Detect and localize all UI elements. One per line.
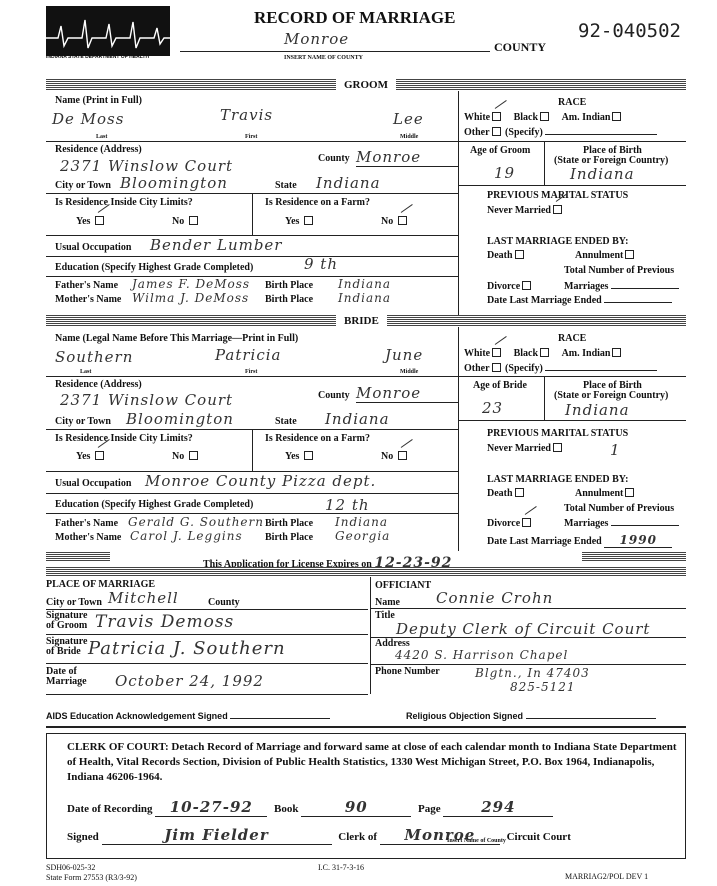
bride-last-marriage-label: LAST MARRIAGE ENDED BY:	[487, 474, 628, 485]
bride-pob[interactable]: Indiana	[565, 401, 630, 419]
first-label: First	[245, 134, 257, 140]
bride-education-label: Education (Specify Highest Grade Complet…	[55, 499, 253, 510]
checkbox-checked[interactable]	[95, 216, 104, 225]
groom-marriages-field[interactable]	[611, 288, 679, 289]
groom-mother-birth[interactable]: Indiana	[338, 291, 391, 305]
officiant-title[interactable]: Deputy Clerk of Circuit Court	[396, 620, 650, 638]
bride-mother-birth[interactable]: Georgia	[335, 529, 390, 543]
groom-occupation-label: Usual Occupation	[55, 242, 131, 253]
checkbox[interactable]	[612, 348, 621, 357]
bride-marriages: Marriages	[564, 518, 679, 529]
groom-farm-yes[interactable]: Yes	[285, 216, 315, 227]
clerk-county-hint: Insert Name of County	[447, 838, 506, 844]
book-field[interactable]: 90	[301, 798, 411, 817]
bride-prev-status-label: PREVIOUS MARITAL STATUS	[487, 428, 628, 439]
clerk-instructions: CLERK OF COURT: Detach Record of Marriag…	[67, 740, 677, 785]
groom-city-label: City or Town	[55, 180, 111, 191]
bride-county-label: County	[318, 390, 350, 401]
groom-farm-no[interactable]: No	[381, 216, 409, 227]
county-field[interactable]: Monroe	[180, 30, 490, 52]
bride-marriages-field[interactable]	[611, 525, 679, 526]
checkbox[interactable]	[304, 451, 313, 460]
bride-farm-question: Is Residence on a Farm?	[265, 433, 370, 444]
groom-last-name[interactable]: De Moss	[52, 110, 124, 128]
bride-mother-name[interactable]: Carol J. Leggins	[130, 529, 243, 543]
bride-signature[interactable]: Patricia J. Southern	[88, 638, 286, 659]
checkbox[interactable]	[189, 451, 198, 460]
bride-band: BRIDE	[46, 315, 686, 327]
bride-date-last-field[interactable]: 1990	[604, 533, 672, 548]
sig-groom-label: Signatureof Groom	[46, 611, 88, 631]
form-title: RECORD OF MARRIAGE	[254, 8, 455, 28]
bride-farm-no[interactable]: No	[381, 451, 409, 462]
license-band-left	[46, 552, 110, 562]
checkbox[interactable]	[515, 488, 524, 497]
clerk-signature[interactable]: Jim Fielder	[102, 826, 332, 845]
bride-mother-label: Mother's Name	[55, 532, 121, 543]
ic-code: I.C. 31-7-3-16	[318, 863, 364, 872]
groom-first-name[interactable]: Travis	[220, 106, 273, 124]
groom-date-last: Date Last Marriage Ended	[487, 295, 672, 306]
checkbox-checked[interactable]	[553, 205, 562, 214]
heartbeat-icon	[46, 6, 170, 56]
religious-objection: Religious Objection Signed	[406, 711, 656, 721]
bride-prev-count-mark: 1	[610, 441, 621, 459]
middle-label: Middle	[400, 369, 418, 375]
groom-address[interactable]: 2371 Winslow Court	[60, 157, 233, 175]
aids-ack: AIDS Education Acknowledgement Signed	[46, 711, 330, 721]
bride-last-name[interactable]: Southern	[55, 348, 133, 366]
groom-last-marriage-label: LAST MARRIAGE ENDED BY:	[487, 236, 628, 247]
groom-date-last-field[interactable]	[604, 302, 672, 303]
recording-date-field[interactable]: 10-27-92	[155, 798, 267, 817]
groom-section-label: GROOM	[336, 79, 396, 91]
bride-section-label: BRIDE	[336, 315, 387, 327]
bride-pob-sub: (State or Foreign Country)	[554, 390, 668, 401]
groom-signature[interactable]: Travis Demoss	[95, 612, 234, 632]
bride-city-limits-no[interactable]: No	[172, 451, 200, 462]
checkbox-checked[interactable]	[398, 216, 407, 225]
groom-annulment[interactable]: Annulment	[575, 250, 636, 261]
groom-mother-name[interactable]: Wilma J. DeMoss	[132, 291, 249, 305]
checkbox[interactable]	[625, 488, 634, 497]
groom-race-label: RACE	[558, 97, 586, 108]
checkbox[interactable]	[515, 250, 524, 259]
checkbox-checked[interactable]	[492, 112, 501, 121]
checkbox[interactable]	[492, 363, 501, 372]
officiant-city-line[interactable]: Blgtn., In 47403	[475, 666, 590, 680]
checkbox[interactable]	[540, 348, 549, 357]
bride-father-birth[interactable]: Indiana	[335, 515, 388, 529]
checkbox-checked[interactable]	[522, 518, 531, 527]
groom-farm-question: Is Residence on a Farm?	[265, 197, 370, 208]
groom-city[interactable]: Bloomington	[120, 174, 228, 192]
checkbox[interactable]	[612, 112, 621, 121]
last-label: Last	[96, 134, 107, 140]
bride-father-label: Father's Name	[55, 518, 118, 529]
birth-place-label: Birth Place	[265, 532, 313, 543]
bride-first-name[interactable]: Patricia	[215, 346, 282, 364]
place-county-label: County	[208, 597, 240, 608]
bride-divorce[interactable]: Divorce	[487, 518, 533, 529]
groom-pob[interactable]: Indiana	[570, 165, 635, 183]
aids-ack-field[interactable]	[230, 718, 330, 719]
groom-mother-label: Mother's Name	[55, 294, 121, 305]
recording-row: Date of Recording 10-27-92 Book 90 Page …	[67, 798, 553, 817]
bride-race-row2: Other (Specify)	[464, 363, 657, 374]
bride-race-row1: White Black Am. Indian	[464, 348, 623, 359]
place-city[interactable]: Mitchell	[108, 589, 179, 607]
checkbox[interactable]	[540, 112, 549, 121]
groom-father-label: Father's Name	[55, 280, 118, 291]
county-label: COUNTY	[494, 40, 546, 55]
groom-state-label: State	[275, 180, 297, 191]
bride-date-last: Date Last Marriage Ended 1990	[487, 533, 672, 548]
checkbox[interactable]	[304, 216, 313, 225]
groom-city-limits-yes[interactable]: Yes	[76, 216, 106, 227]
bride-age-label: Age of Bride	[473, 380, 527, 391]
groom-education-label: Education (Specify Highest Grade Complet…	[55, 262, 253, 273]
groom-race-row2: Other (Specify)	[464, 127, 657, 138]
checkbox-checked[interactable]	[398, 451, 407, 460]
groom-city-limits-question: Is Residence Inside City Limits?	[55, 197, 193, 208]
bride-state-label: State	[275, 416, 297, 427]
license-band-right	[582, 552, 686, 562]
sig-bride-label: Signatureof Bride	[46, 637, 88, 657]
bride-occupation[interactable]: Monroe County Pizza dept.	[145, 472, 376, 490]
groom-father-birth[interactable]: Indiana	[338, 277, 391, 291]
groom-education[interactable]: 9 th	[304, 255, 338, 273]
groom-occupation[interactable]: Bender Lumber	[150, 236, 282, 254]
bride-death[interactable]: Death	[487, 488, 526, 499]
place-city-label: City or Town	[46, 597, 102, 608]
checkbox[interactable]	[625, 250, 634, 259]
logo-caption: INDIANA STATE DEPARTMENT OF HEALTH	[46, 54, 149, 60]
groom-total-prev-label: Total Number of Previous	[564, 265, 674, 276]
marriag-code: MARRIAG2/POL DEV 1	[565, 872, 648, 881]
first-label: First	[245, 369, 257, 375]
officiant-address[interactable]: 4420 S. Harrison Chapel	[395, 648, 568, 662]
groom-county-label: County	[318, 153, 350, 164]
bride-total-prev-label: Total Number of Previous	[564, 503, 674, 514]
officiant-phone[interactable]: 825-5121	[510, 680, 576, 694]
bride-occupation-label: Usual Occupation	[55, 478, 131, 489]
bride-race-label: RACE	[558, 333, 586, 344]
bride-education[interactable]: 12 th	[325, 496, 370, 514]
checkbox[interactable]	[522, 281, 531, 290]
bride-address[interactable]: 2371 Winslow Court	[60, 391, 233, 409]
bride-middle-name[interactable]: June	[385, 346, 423, 364]
last-label: Last	[80, 369, 91, 375]
groom-marriages: Marriages	[564, 281, 679, 292]
checkbox[interactable]	[189, 216, 198, 225]
groom-race-row1: White Black Am. Indian	[464, 112, 623, 123]
groom-age[interactable]: 19	[494, 164, 515, 182]
groom-county[interactable]: Monroe	[356, 148, 458, 167]
isdh-logo	[46, 6, 170, 56]
bride-city[interactable]: Bloomington	[126, 410, 234, 428]
checkbox[interactable]	[492, 127, 501, 136]
groom-never-married[interactable]: Never Married	[487, 205, 564, 216]
bride-state[interactable]: Indiana	[325, 410, 390, 428]
form-ids: SDH06-025-32 State Form 27553 (R3/3-92)	[46, 863, 137, 883]
groom-name-label: Name (Print in Full)	[55, 95, 142, 106]
groom-age-label: Age of Groom	[470, 145, 530, 156]
checkbox[interactable]	[553, 443, 562, 452]
officiant-phone-label: Phone Number	[375, 666, 440, 677]
groom-father-name[interactable]: James F. DeMoss	[132, 277, 250, 291]
date-of-marriage-label: Date ofMarriage	[46, 667, 87, 687]
bride-name-label: Name (Legal Name Before This Marriage—Pr…	[55, 333, 298, 344]
groom-middle-name[interactable]: Lee	[393, 110, 424, 128]
groom-residence-label: Residence (Address)	[55, 144, 142, 155]
groom-death[interactable]: Death	[487, 250, 526, 261]
officiant-title-label: Title	[375, 610, 395, 621]
place-band	[46, 567, 686, 577]
bride-city-limits-yes[interactable]: Yes	[76, 451, 106, 462]
officiant-name-label: Name	[375, 597, 400, 608]
birth-place-label: Birth Place	[265, 518, 313, 529]
groom-divorce[interactable]: Divorce	[487, 281, 533, 292]
officiant-name[interactable]: Connie Crohn	[436, 589, 553, 607]
bride-city-limits-question: Is Residence Inside City Limits?	[55, 433, 193, 444]
officiant-section-label: OFFICIANT	[375, 580, 431, 591]
clerk-box: CLERK OF COURT: Detach Record of Marriag…	[46, 733, 686, 859]
bride-county[interactable]: Monroe	[356, 384, 458, 403]
groom-band: GROOM	[46, 79, 686, 91]
religious-objection-field[interactable]	[526, 718, 656, 719]
birth-place-label: Birth Place	[265, 280, 313, 291]
bride-father-name[interactable]: Gerald G. Southern	[128, 515, 264, 529]
groom-state[interactable]: Indiana	[316, 174, 381, 192]
bride-city-label: City or Town	[55, 416, 111, 427]
checkbox-checked[interactable]	[95, 451, 104, 460]
county-hint: INSERT NAME OF COUNTY	[284, 55, 363, 61]
bride-farm-yes[interactable]: Yes	[285, 451, 315, 462]
bride-never-married[interactable]: Never Married	[487, 443, 564, 454]
bride-age[interactable]: 23	[482, 399, 503, 417]
checkbox-checked[interactable]	[492, 348, 501, 357]
record-number: 92-040502	[578, 20, 681, 42]
birth-place-label: Birth Place	[265, 294, 313, 305]
middle-label: Middle	[400, 134, 418, 140]
groom-city-limits-no[interactable]: No	[172, 216, 200, 227]
date-of-marriage[interactable]: October 24, 1992	[115, 672, 264, 690]
bride-annulment[interactable]: Annulment	[575, 488, 636, 499]
bride-residence-label: Residence (Address)	[55, 379, 142, 390]
page-field[interactable]: 294	[443, 798, 553, 817]
